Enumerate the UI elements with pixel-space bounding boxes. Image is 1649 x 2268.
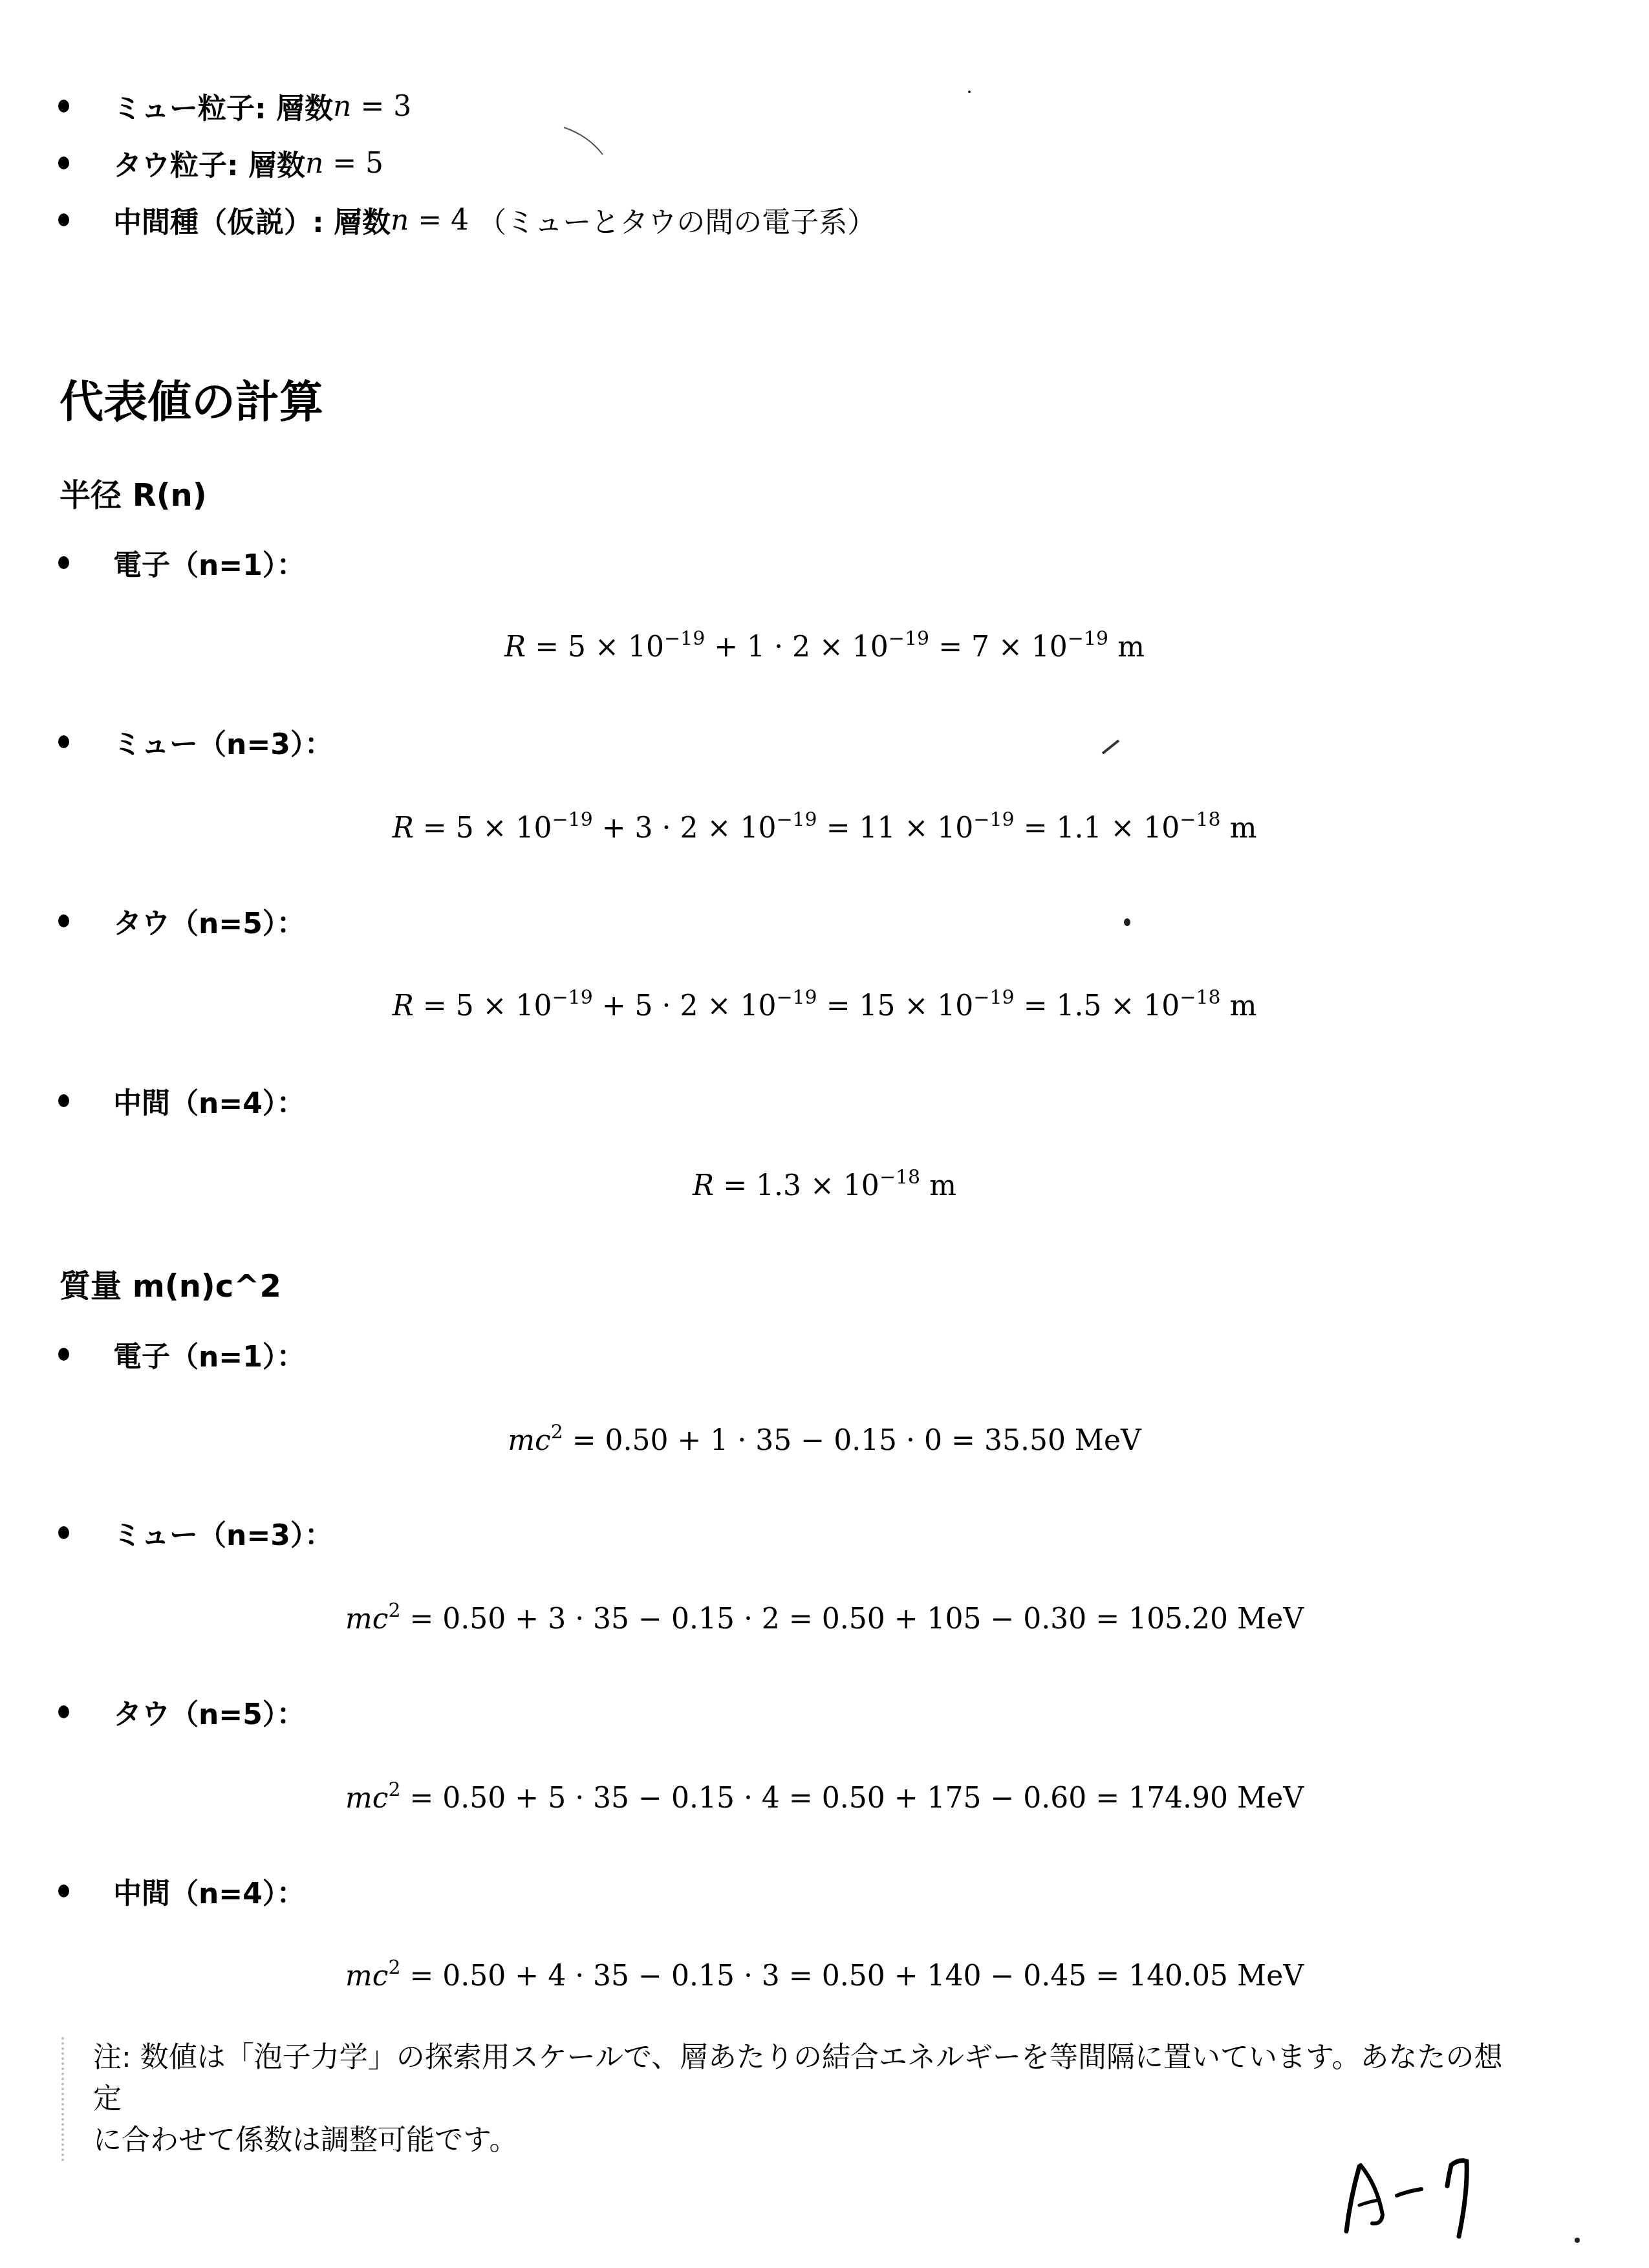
mass-label-electron: 電子（n=1）： [58,1334,305,1375]
eq-lhs: mc [345,1782,388,1815]
eq-lhs: R [693,1169,714,1202]
eq-rhs: = 0.50 + 3 · 35 − 0.15 · 2 = 0.50 + 105 … [401,1603,1304,1636]
radius-label-electron: 電子（n=1）： [58,542,305,583]
scan-stroke [1099,731,1132,757]
section-title: 代表値の計算 [59,367,323,430]
eq-unit: m [1221,812,1257,845]
eq-exp: 2 [388,1956,400,1979]
mass-equation-intermediate: mc2 = 0.50 + 4 · 35 − 0.15 · 3 = 0.50 + … [0,1960,1649,1993]
eq-term: = 1.5 × 10 [1015,989,1180,1022]
item-math: n = 4 [391,204,469,237]
radius-equation-electron: R = 5 × 10−19 + 1 · 2 × 10−19 = 7 × 10−1… [0,631,1649,664]
item-label: 中間（n=4）： [113,1870,305,1912]
mass-equation-tau: mc2 = 0.50 + 5 · 35 − 0.15 · 4 = 0.50 + … [0,1782,1649,1815]
list-item-muon-layers: ミュー粒子: 層数 n = 3 [58,85,411,127]
eq-term: 5 × 10 [568,631,664,664]
eq-term: = 15 × 10 [817,989,974,1022]
eq-exp: −18 [879,1166,920,1189]
variable-n: n [391,204,409,237]
radius-equation-intermediate: R = 1.3 × 10−18 m [0,1169,1649,1202]
eq-lhs: R [393,989,414,1022]
mass-label-tau: タウ（n=5）： [58,1691,305,1733]
radius-equation-muon: R = 5 × 10−19 + 3 · 2 × 10−19 = 11 × 10−… [0,812,1649,845]
radius-label-intermediate: 中間（n=4）： [58,1080,305,1121]
bullet-icon [58,735,69,748]
variable-n: n [333,90,351,123]
eq-exp: −19 [552,808,592,831]
variable-n: n [305,147,323,180]
eq-lhs: mc [508,1424,550,1457]
eq-term: = 1.1 × 10 [1015,812,1180,845]
bullet-icon [58,1885,69,1897]
bullet-icon [58,157,69,169]
eq-exp: 2 [388,1778,400,1801]
handwritten-mark: A-7 [1332,2154,1500,2244]
eq-rhs: = 0.50 + 1 · 35 − 0.15 · 0 = 35.50 MeV [563,1424,1141,1457]
list-item-intermediate-layers: 中間種（仮説）: 層数 n = 4 （ミューとタウの間の電子系） [58,199,876,241]
radius-label-muon: ミュー（n=3）： [58,721,333,762]
document-page: ミュー粒子: 層数 n = 3 タウ粒子: 層数 n = 5 中間種（仮説）: … [0,0,1649,2268]
eq-term: = 11 × 10 [817,812,974,845]
item-label: ミュー（n=3）： [113,1512,333,1553]
item-value: = 5 [323,147,383,180]
bullet-icon [58,1094,69,1107]
eq-lhs: mc [345,1960,388,1993]
bullet-icon [58,100,69,113]
eq-exp: −19 [973,986,1014,1009]
eq-exp: −19 [776,986,817,1009]
scan-speck [1575,2238,1580,2243]
item-note: （ミューとタウの間の電子系） [478,199,876,241]
eq-term: + 5 · 2 × 10 [593,989,777,1022]
eq-term: = 7 × 10 [929,631,1068,664]
mass-heading: 質量 m(n)c^2 [59,1261,281,1306]
footnote: 注: 数値は「泡子力学」の探索用スケールで、層あたりの結合エネルギーを等間隔に置… [61,2037,1529,2161]
eq-exp: −18 [1180,986,1220,1009]
footnote-line-2: に合わせて係数は調整可能です。 [93,2120,1529,2161]
eq-unit: m [1108,631,1145,664]
eq-rhs: = 0.50 + 5 · 35 − 0.15 · 4 = 0.50 + 175 … [401,1782,1304,1815]
eq-term: 5 × 10 [456,989,552,1022]
item-label: 電子（n=1）： [113,1334,305,1375]
item-value: = 3 [351,90,411,123]
eq-term: 5 × 10 [456,812,552,845]
eq-unit: m [920,1169,956,1202]
scan-stroke [563,126,608,158]
eq-term: 1.3 × 10 [756,1169,879,1202]
eq-term: + 1 · 2 × 10 [705,631,889,664]
bullet-icon [58,1526,69,1539]
eq-exp: −19 [776,808,817,831]
eq-term: + 3 · 2 × 10 [593,812,777,845]
bullet-icon [58,213,69,226]
radius-label-tau: タウ（n=5）： [58,900,305,942]
item-label: タウ粒子: 層数 [113,142,305,184]
item-label: ミュー粒子: 層数 [113,85,333,127]
mass-label-muon: ミュー（n=3）： [58,1512,333,1553]
eq-exp: −18 [1180,808,1220,831]
eq-lhs: mc [345,1603,388,1636]
item-math: n = 3 [333,90,411,123]
eq-exp: 2 [388,1599,400,1622]
eq-exp: 2 [551,1421,563,1443]
bullet-icon [58,1348,69,1361]
bullet-icon [58,556,69,569]
eq-lhs: R [393,812,414,845]
eq-exp: −19 [889,627,929,650]
radius-heading: 半径 R(n) [59,470,207,515]
eq-unit: m [1221,989,1257,1022]
footnote-line-1: 注: 数値は「泡子力学」の探索用スケールで、層あたりの結合エネルギーを等間隔に置… [93,2037,1529,2120]
scan-speck [1124,918,1130,926]
bullet-icon [58,1705,69,1718]
list-item-tau-layers: タウ粒子: 層数 n = 5 [58,142,383,184]
item-math: n = 5 [305,147,383,180]
eq-exp: −19 [973,808,1014,831]
item-label: 電子（n=1）： [113,542,305,583]
item-label: ミュー（n=3）： [113,721,333,762]
item-label: 中間種（仮説）: 層数 [113,199,391,241]
mass-label-intermediate: 中間（n=4）： [58,1870,305,1912]
mass-equation-electron: mc2 = 0.50 + 1 · 35 − 0.15 · 0 = 35.50 M… [0,1424,1649,1457]
eq-exp: −19 [664,627,705,650]
bullet-icon [58,914,69,927]
eq-exp: −19 [552,986,592,1009]
item-label: タウ（n=5）： [113,1691,305,1733]
item-value: = 4 [409,204,469,237]
eq-exp: −19 [1068,627,1108,650]
radius-equation-tau: R = 5 × 10−19 + 5 · 2 × 10−19 = 15 × 10−… [0,989,1649,1022]
scan-speck [968,91,971,93]
eq-rhs: = 0.50 + 4 · 35 − 0.15 · 3 = 0.50 + 140 … [401,1960,1304,1993]
item-label: タウ（n=5）： [113,900,305,942]
item-label: 中間（n=4）： [113,1080,305,1121]
eq-lhs: R [504,631,526,664]
mass-equation-muon: mc2 = 0.50 + 3 · 35 − 0.15 · 2 = 0.50 + … [0,1603,1649,1636]
